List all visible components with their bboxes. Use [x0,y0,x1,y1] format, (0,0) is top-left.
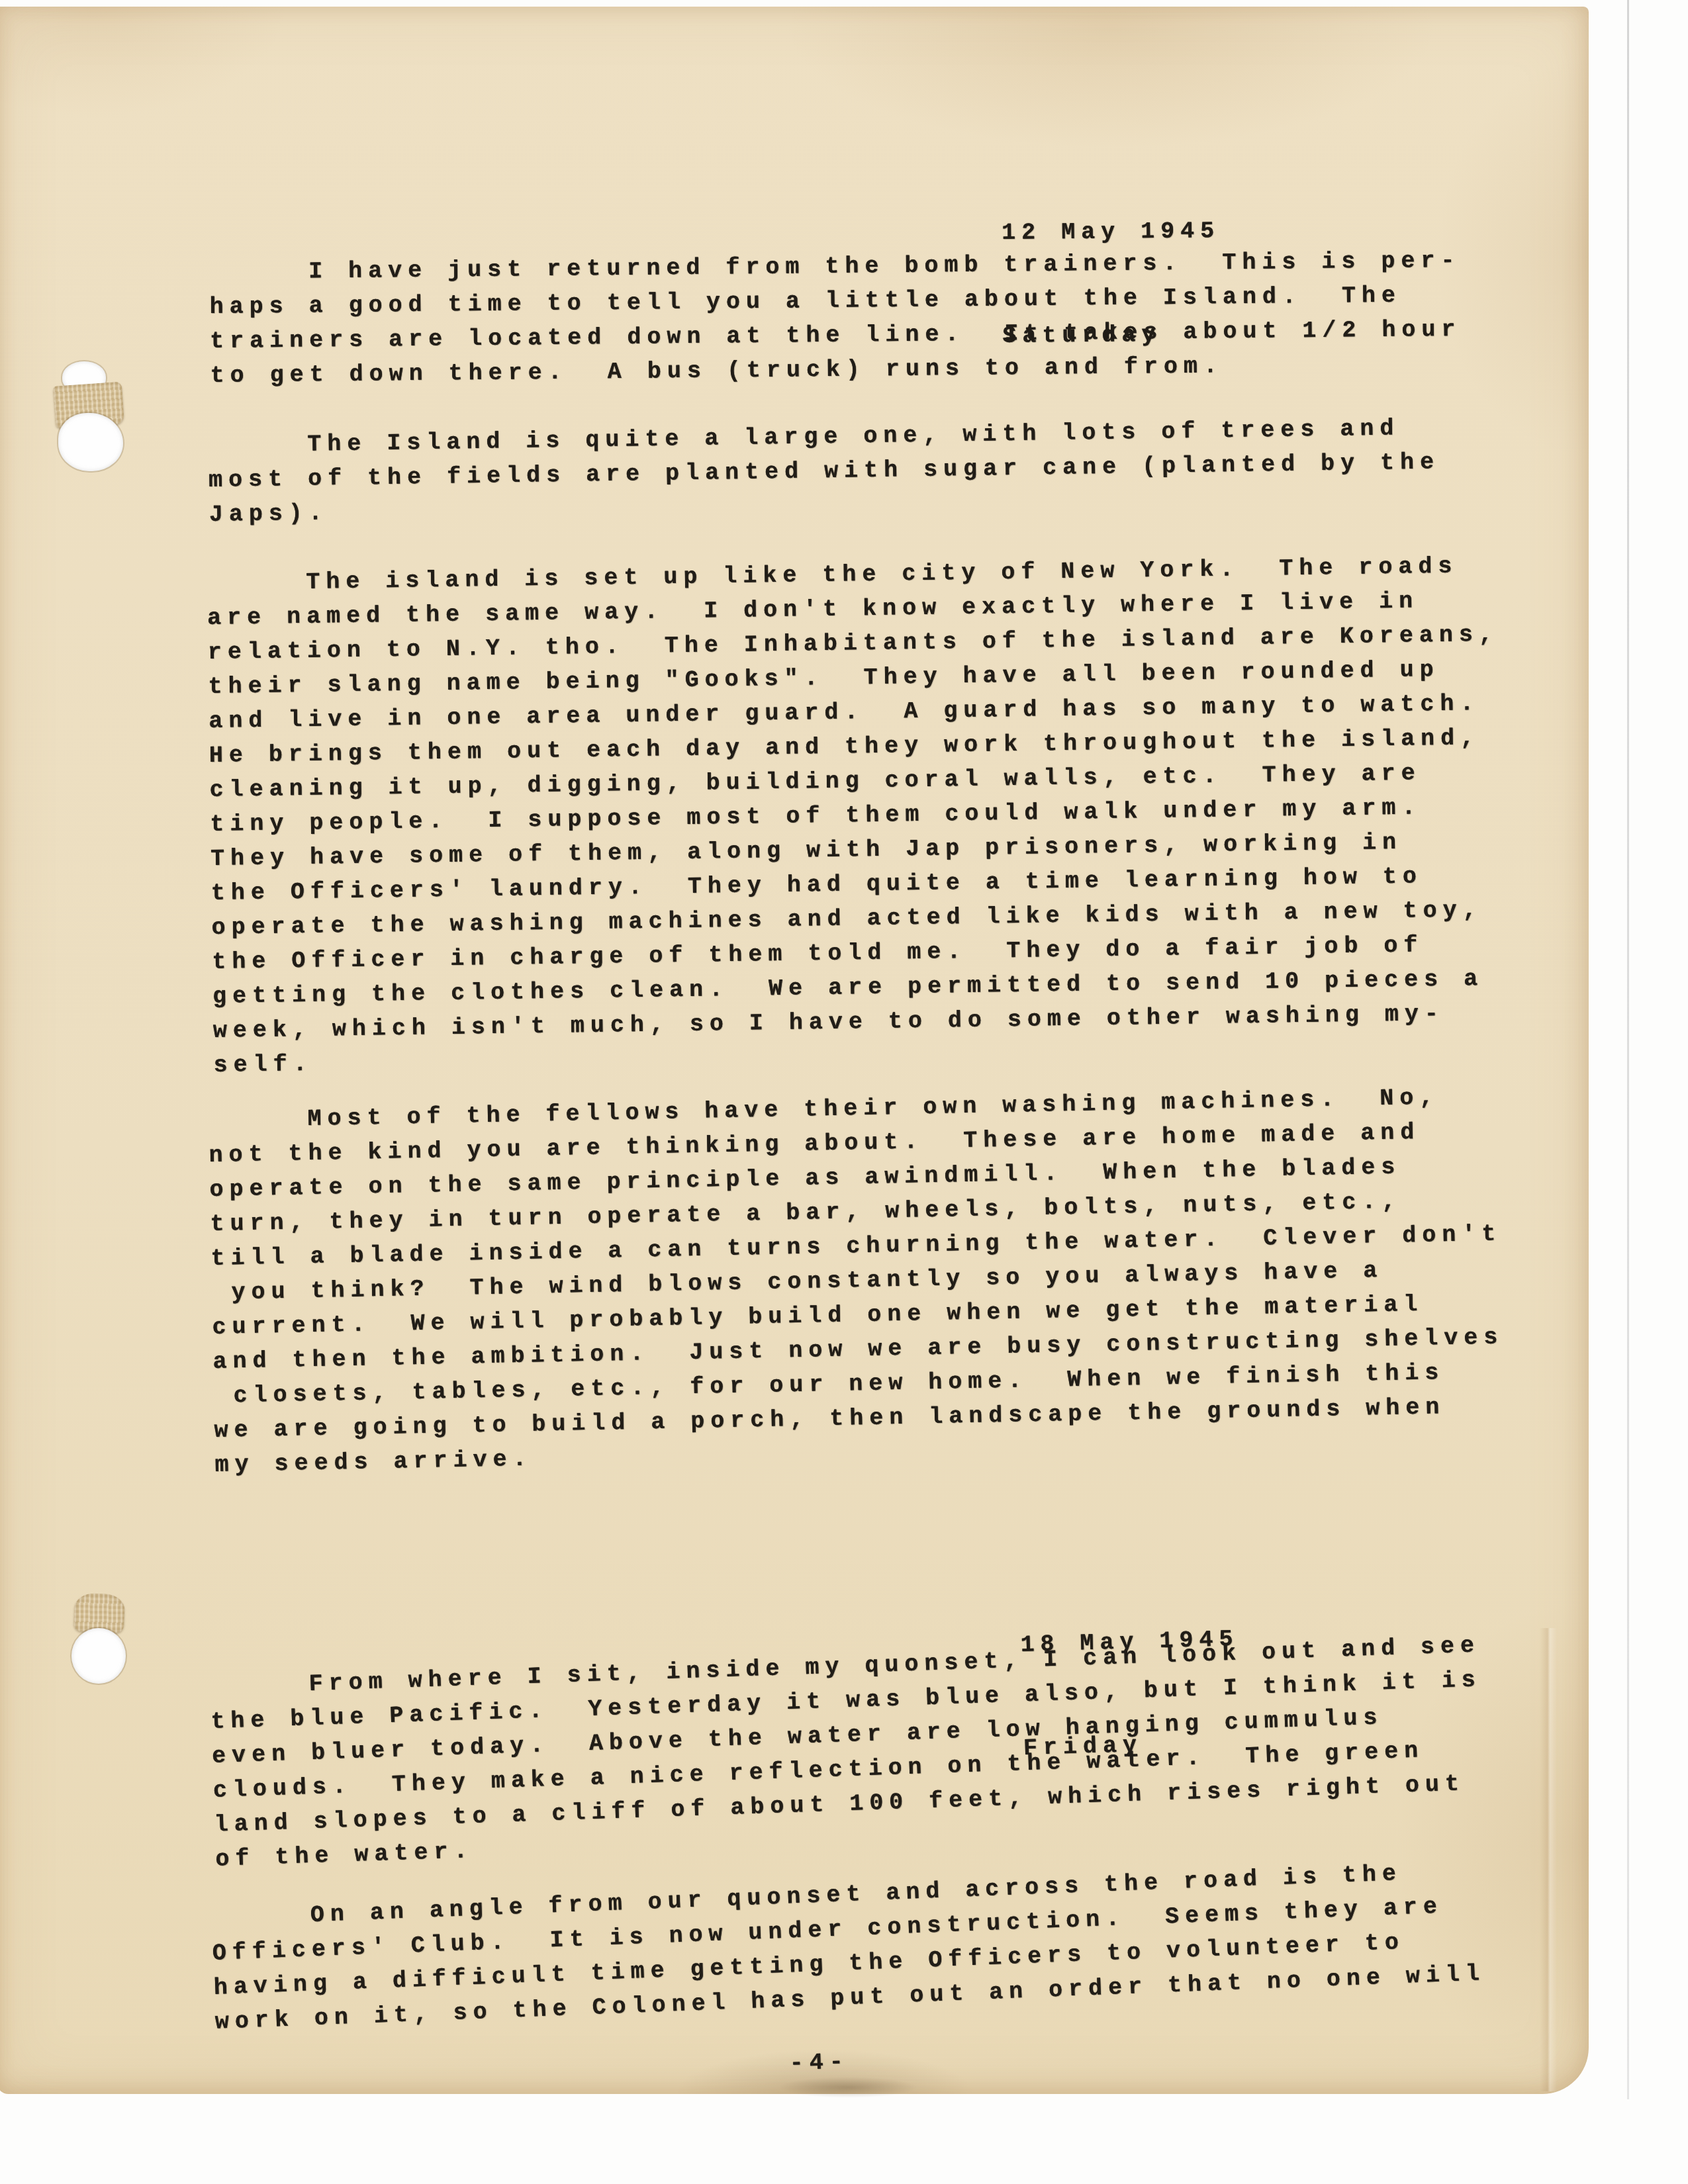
punch-hole-bottom [70,1594,130,1685]
letter-page: 12 May 1945 Saturday I have just returne… [0,7,1589,2094]
entry-paragraph: The Island is quite a large one, with lo… [208,410,1440,532]
entry-date: 12 May 1945 [1002,214,1220,250]
page-number: -4- [789,2044,849,2080]
entry-paragraph: On an angle from our quonset and across … [211,1853,1486,2040]
entry-paragraph: From where I sit, inside my quonset, I c… [209,1628,1487,1876]
scan-seam-line [1627,0,1629,2099]
paper-smudge [778,2077,917,2098]
paper-crease [1540,1628,1557,2091]
tape-patch-bottom [73,1593,125,1633]
punch-hole-opening-lower [58,413,123,471]
entry-paragraph: Most of the fellows have their own washi… [208,1079,1506,1482]
punch-hole-opening [71,1628,126,1684]
scanner-background: 12 May 1945 Saturday I have just returne… [0,0,1688,2184]
entry-paragraph: The island is set up like the city of Ne… [207,549,1505,1083]
punch-hole-top [54,361,127,475]
entry-paragraph: I have just returned from the bomb train… [209,244,1462,393]
